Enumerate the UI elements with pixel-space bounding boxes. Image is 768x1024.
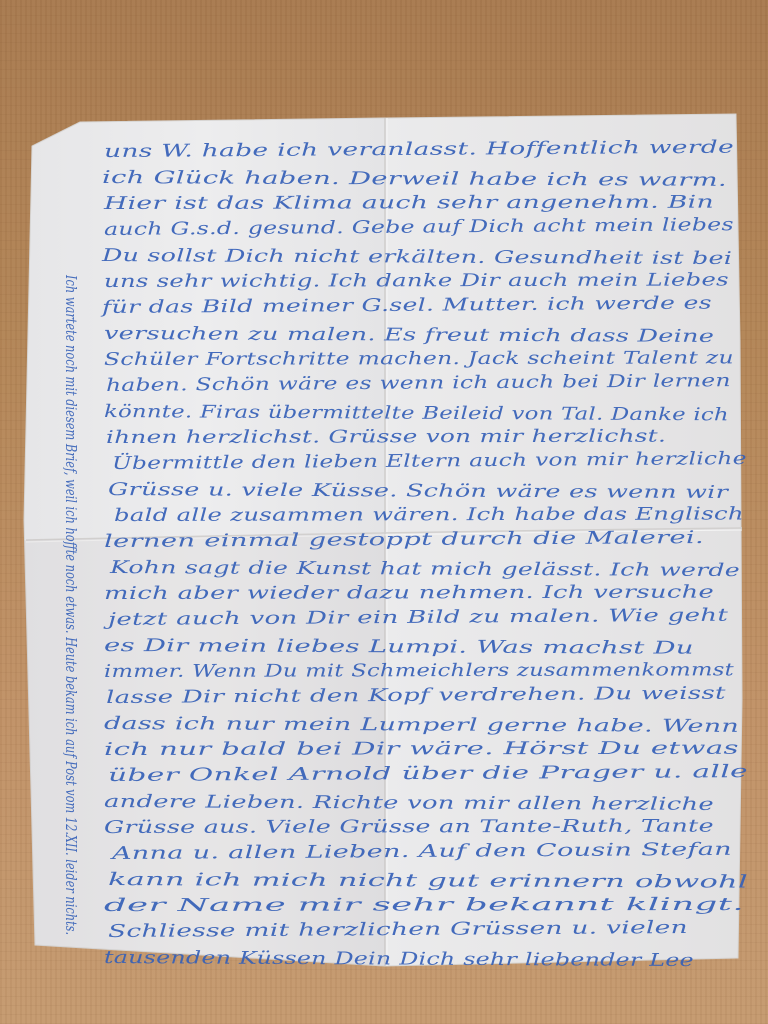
letter-paper: uns W. habe ich veranlasst. Hoffentlich … [0,0,768,1024]
letter-line: Hier ist das Klima auch sehr angenehm. B… [104,193,714,214]
letter-line: uns sehr wichtig. Ich danke Dir auch mei… [104,270,729,292]
letter-line: mich aber wieder dazu nehmen. Ich versuc… [104,583,714,604]
letter-line: Grüsse aus. Viele Grüsse an Tante-Ruth, … [104,817,714,838]
letter-line: Schliesse mit herzlichen Grüssen u. viel… [108,918,688,942]
letter-line: ich nur bald bei Dir wäre. Hörst Du etwa… [104,739,739,760]
letter-line: Anna u. allen Lieben. Auf den Cousin Ste… [112,840,732,864]
letter-line: andere Lieben. Richte von mir allen herz… [104,792,714,815]
letter-line: kann ich mich nicht gut erinnern obwohl [108,870,748,893]
letter-line: der Name mir sehr bekannt klingt. [104,895,744,916]
letter-line: bald alle zusammen wären. Ich habe das E… [114,504,744,526]
letter-line: Kohn sagt die Kunst hat mich gelässt. Ic… [110,558,740,581]
letter-line: über Onkel Arnold über die Prager u. all… [108,762,748,786]
letter-line: Grüsse u. viele Küsse. Schön wäre es wen… [108,480,728,503]
letter-line: tausenden Küssen Dein Dich sehr liebende… [104,948,694,971]
letter-line: ihnen herzlichst. Grüsse von mir herzlic… [106,427,666,448]
letter-line: immer. Wenn Du mit Schmeichlers zusammen… [104,660,734,682]
margin-note: Ich wartete noch mit diesem Brief, weil … [62,275,80,935]
letter-line: es Dir mein liebes Lumpi. Was machst Du [104,636,694,659]
letter-line: lernen einmal gestoppt durch die Malerei… [104,528,704,552]
letter-line: ich Glück haben. Derweil habe ich es war… [102,168,727,191]
letter-line: versuchen zu malen. Es freut mich dass D… [104,324,714,347]
letter-line: Schüler Fortschritte machen. Jack schein… [104,348,734,370]
letter-line: dass ich nur mein Lumperl gerne habe. We… [104,714,739,737]
letter-line: könnte. Firas übermittelte Beileid von T… [104,402,729,425]
letter-line: Du sollst Dich nicht erkälten. Gesundhei… [102,246,732,269]
